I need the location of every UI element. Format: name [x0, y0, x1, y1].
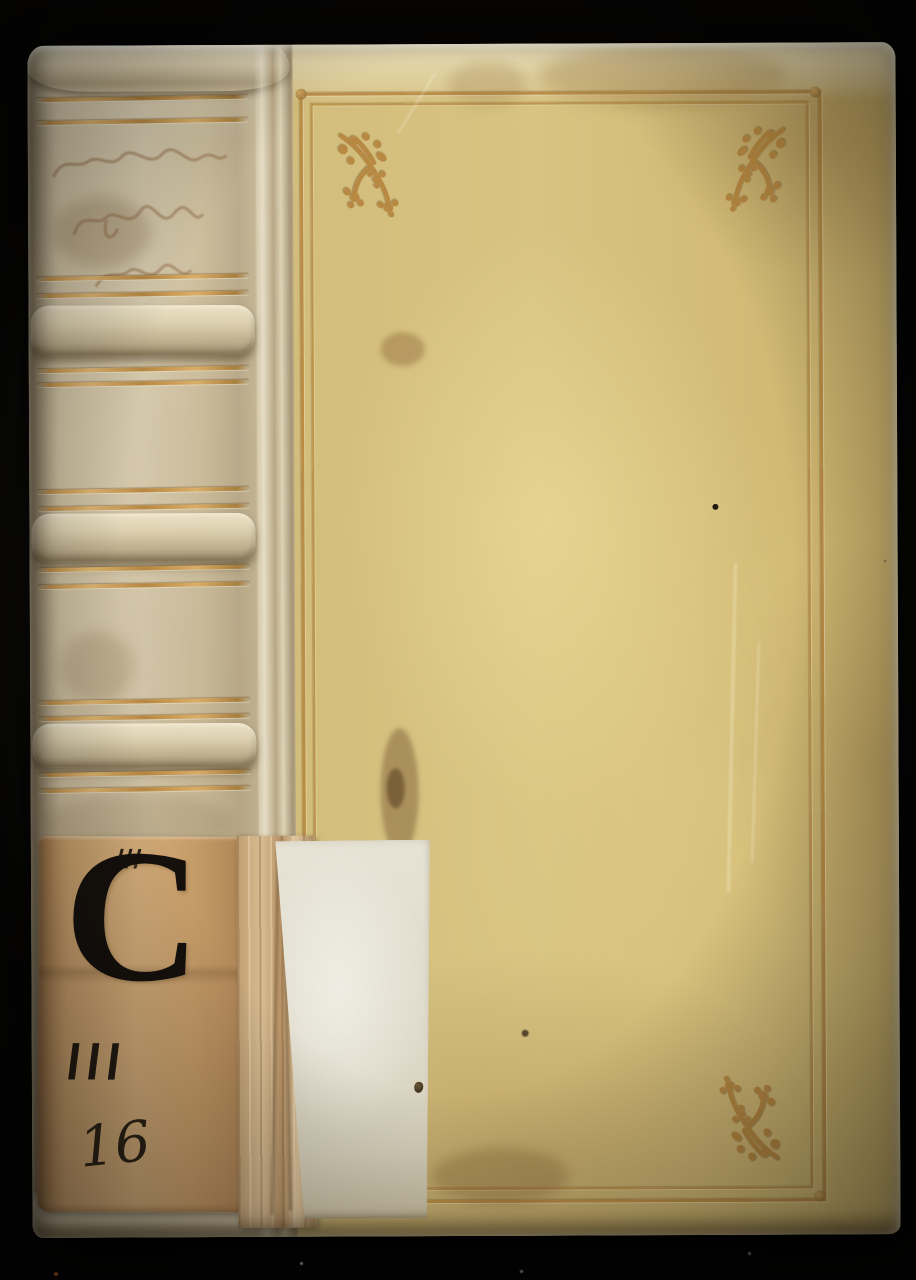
cover-dot	[522, 1030, 529, 1037]
dust-speck	[520, 1270, 523, 1273]
raised-band	[31, 513, 255, 562]
shelfmark-label-brown: III C III 16	[37, 836, 253, 1213]
frame-corner-ornament	[296, 89, 307, 100]
shelfmark-class-letter: C	[62, 811, 204, 1023]
corner-fleuron-icon	[328, 124, 424, 220]
corner-fleuron-icon	[700, 119, 796, 215]
label-speck	[414, 1082, 423, 1093]
shelfmark-series-marks: III	[64, 1030, 131, 1092]
spine-stain	[60, 631, 134, 701]
book-photo: III C III 16	[27, 42, 900, 1238]
dust-speck	[54, 1272, 58, 1276]
cover-stain	[381, 332, 425, 366]
shelfmark-item-number: 16	[76, 1109, 153, 1181]
cover-stain	[447, 62, 527, 106]
raised-band	[31, 305, 255, 356]
wormhole-dot	[712, 504, 718, 510]
frame-corner-ornament	[814, 1190, 825, 1201]
frame-corner-ornament	[810, 86, 821, 97]
dust-speck	[884, 560, 886, 562]
corner-fleuron-icon	[694, 1073, 790, 1169]
spine-headcap	[27, 45, 289, 92]
dust-speck	[748, 1252, 751, 1255]
dust-speck	[300, 1262, 303, 1265]
cover-stain	[387, 768, 405, 808]
cover-stain	[432, 1148, 568, 1205]
raised-band	[32, 723, 256, 768]
